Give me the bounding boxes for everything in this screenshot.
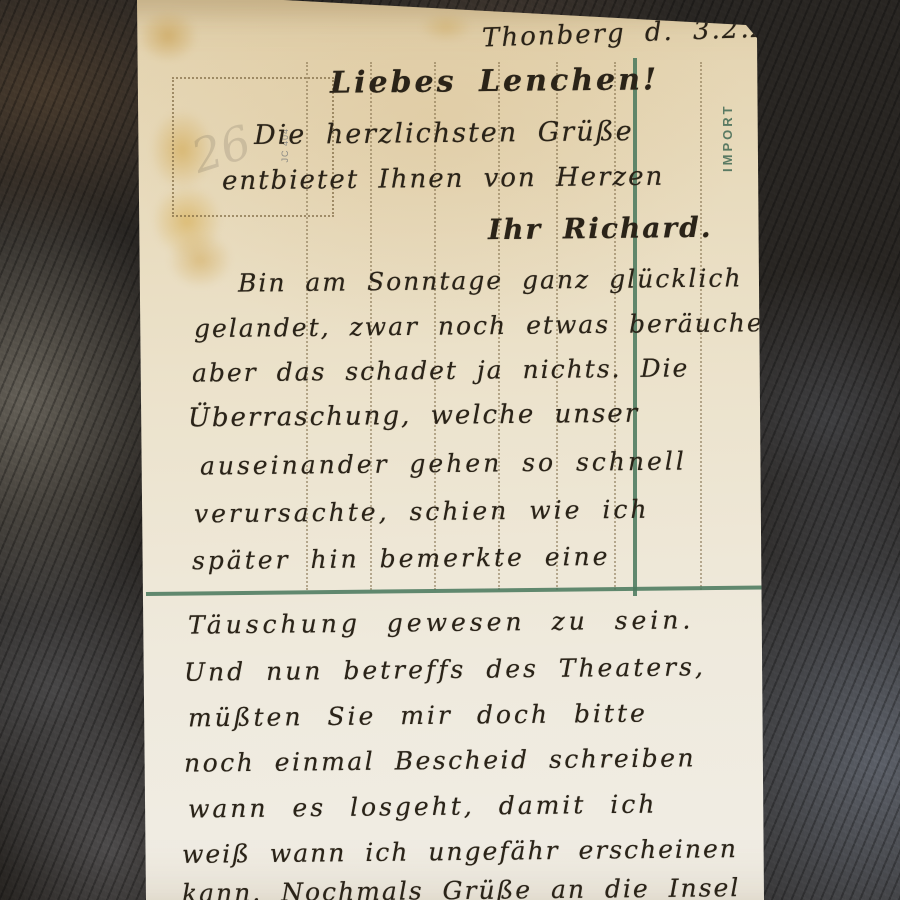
handwritten-line: Täuschung gewesen zu sein. (188, 605, 695, 639)
handwritten-line: auseinander gehen so schnell (200, 446, 687, 480)
handwritten-line: wann es losgeht, damit ich (188, 790, 658, 824)
import-mark: IMPORT (720, 60, 735, 172)
handwritten-line: kann. Nochmals Grüße an die Insel (182, 873, 741, 900)
date-line: Thonberg d. 3.2.20. (482, 12, 799, 53)
handwritten-line: müßten Sie mir doch bitte (188, 699, 648, 733)
paper-stain (420, 12, 472, 42)
handwritten-line: noch einmal Bescheid schreiben (184, 743, 696, 777)
handwritten-line: weiß wann ich ungefähr erscheinen (182, 834, 738, 869)
handwritten-line: gelandet, zwar noch etwas beräuchert, (194, 308, 800, 343)
salutation-line: Liebes Lenchen! (330, 62, 659, 100)
handwritten-line: Überraschung, welche unser (188, 399, 639, 434)
signature-line: Ihr Richard. (488, 211, 713, 246)
handwritten-line: später hin bemerkte eine (192, 542, 611, 575)
paper-stain (168, 232, 232, 288)
handwritten-line: entbietet Ihnen von Herzen (222, 162, 665, 197)
photo-scene: IMPORT JC 404 26 Thonberg d. 3.2.20. Lie… (0, 0, 900, 900)
handwritten-line: Bin am Sonntage ganz glücklich (238, 263, 743, 297)
postcard: IMPORT JC 404 26 Thonberg d. 3.2.20. Lie… (0, 0, 900, 900)
handwritten-line: verursachte, schien wie ich (194, 495, 650, 529)
handwritten-line: Und nun betreffs des Theaters, (184, 652, 706, 686)
handwritten-line: Die herzlichsten Grüße (254, 116, 634, 151)
paper-stain (138, 10, 198, 62)
divider-line-horizontal (146, 586, 764, 596)
handwritten-line: aber das schadet ja nichts. Die (192, 353, 690, 387)
